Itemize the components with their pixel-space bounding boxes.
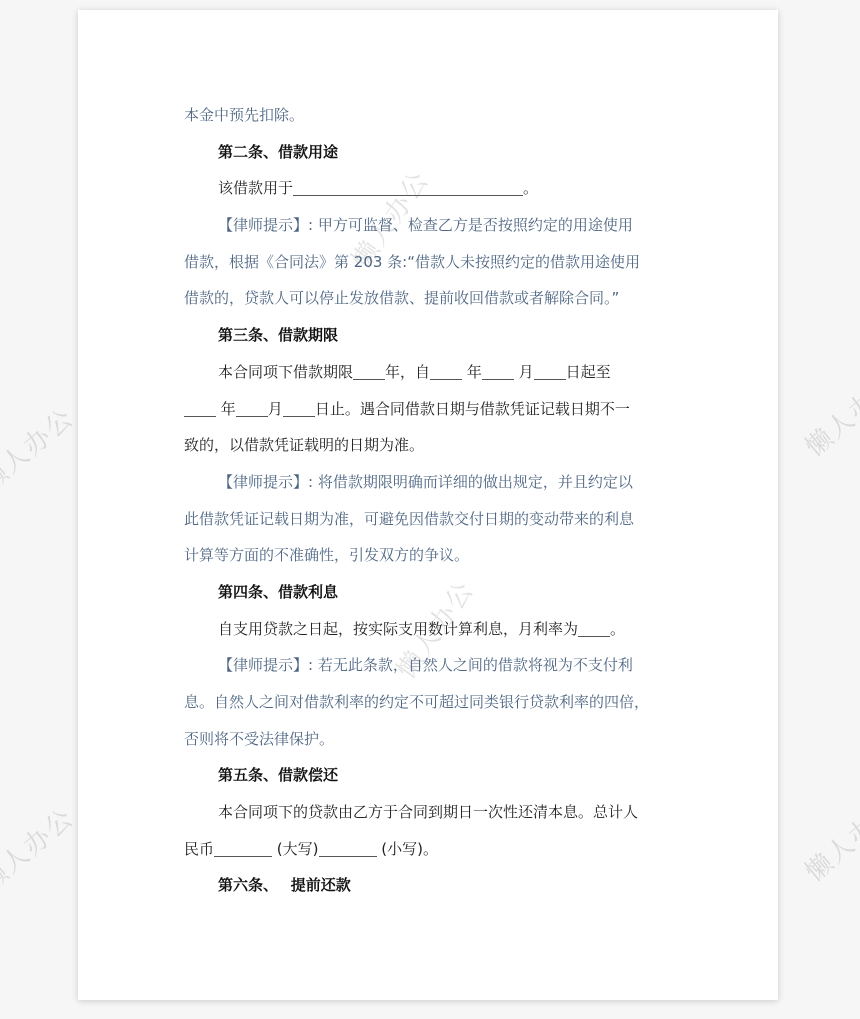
text: (大写) [272, 840, 318, 858]
amount-uppercase-blank[interactable] [214, 838, 272, 857]
article-5-heading: 第五条、借款偿还 [184, 757, 676, 794]
lawyer-tip: 【律师提示】: 甲方可监督、检查乙方是否按照约定的用途使用 [184, 207, 676, 244]
watermark: 懒人办公 [796, 788, 860, 888]
text: 年 [221, 400, 236, 418]
lawyer-tip: 借款的，贷款人可以停止发放借款、提前收回借款或者解除合同。” [184, 280, 676, 317]
amount-numeric-blank[interactable] [319, 838, 377, 857]
paragraph-continuation: 本金中预先扣除。 [184, 97, 676, 134]
text: 日起至 [566, 363, 611, 381]
monthly-rate-blank[interactable] [578, 618, 610, 637]
end-month-blank[interactable] [236, 398, 268, 417]
text: 本合同项下借款期限 [218, 363, 353, 381]
text: 月 [519, 363, 534, 381]
lawyer-tip: 【律师提示】: 将借款期限明确而详细的做出规定，并且约定以 [184, 464, 676, 501]
article-5-body: 本合同项下的贷款由乙方于合同到期日一次性还清本息。总计人 [184, 794, 676, 831]
end-year-blank[interactable] [184, 398, 216, 417]
text: 。 [610, 620, 625, 638]
article-3-body: 致的，以借款凭证载明的日期为准。 [184, 427, 676, 464]
loan-purpose-blank[interactable] [293, 177, 523, 196]
text: 年 [467, 363, 482, 381]
article-3-heading: 第三条、借款期限 [184, 317, 676, 354]
article-4-body: 自支用贷款之日起，按实际支用数计算利息，月利率为。 [184, 611, 676, 648]
article-5-body: 民币 (大写) (小写)。 [184, 831, 676, 868]
term-years-blank[interactable] [353, 361, 385, 380]
article-3-body: 本合同项下借款期限年，自 年 月日起至 [184, 354, 676, 391]
text: 自支用贷款之日起，按实际支用数计算利息，月利率为 [218, 620, 578, 638]
lawyer-tip: 此借款凭证记载日期为准，可避免因借款交付日期的变动带来的利息 [184, 501, 676, 538]
lawyer-tip: 借款，根据《合同法》第 203 条:“借款人未按照约定的借款用途使用 [184, 244, 676, 281]
article-4-heading: 第四条、借款利息 [184, 574, 676, 611]
watermark: 懒人办公 [0, 398, 81, 498]
watermark: 懒人办公 [0, 798, 81, 898]
text: 该借款用于 [218, 179, 293, 197]
lawyer-tip: 否则将不受法律保护。 [184, 721, 676, 758]
document-body: 本金中预先扣除。 第二条、借款用途 该借款用于。 【律师提示】: 甲方可监督、检… [184, 97, 676, 904]
document-page: 懒人办公 懒人办公 本金中预先扣除。 第二条、借款用途 该借款用于。 【律师提示… [78, 10, 778, 1000]
article-2-body: 该借款用于。 [184, 170, 676, 207]
article-6-heading: 第六条、 提前还款 [184, 867, 676, 904]
watermark: 懒人办公 [796, 363, 860, 463]
lawyer-tip: 【律师提示】: 若无此条款，自然人之间的借款将视为不支付利 [184, 647, 676, 684]
article-2-heading: 第二条、借款用途 [184, 134, 676, 171]
end-day-blank[interactable] [283, 398, 315, 417]
text: 民币 [184, 840, 214, 858]
text: (小写)。 [377, 840, 438, 858]
lawyer-tip: 息。自然人之间对借款利率的约定不可超过同类银行贷款利率的四倍， [184, 684, 676, 721]
text: 年，自 [385, 363, 430, 381]
start-year-blank[interactable] [430, 361, 462, 380]
start-month-blank[interactable] [482, 361, 514, 380]
article-3-body: 年月日止。遇合同借款日期与借款凭证记载日期不一 [184, 391, 676, 428]
lawyer-tip: 计算等方面的不准确性，引发双方的争议。 [184, 537, 676, 574]
text: 日止。遇合同借款日期与借款凭证记载日期不一 [315, 400, 630, 418]
text: 。 [523, 179, 538, 197]
start-day-blank[interactable] [534, 361, 566, 380]
text: 月 [268, 400, 283, 418]
